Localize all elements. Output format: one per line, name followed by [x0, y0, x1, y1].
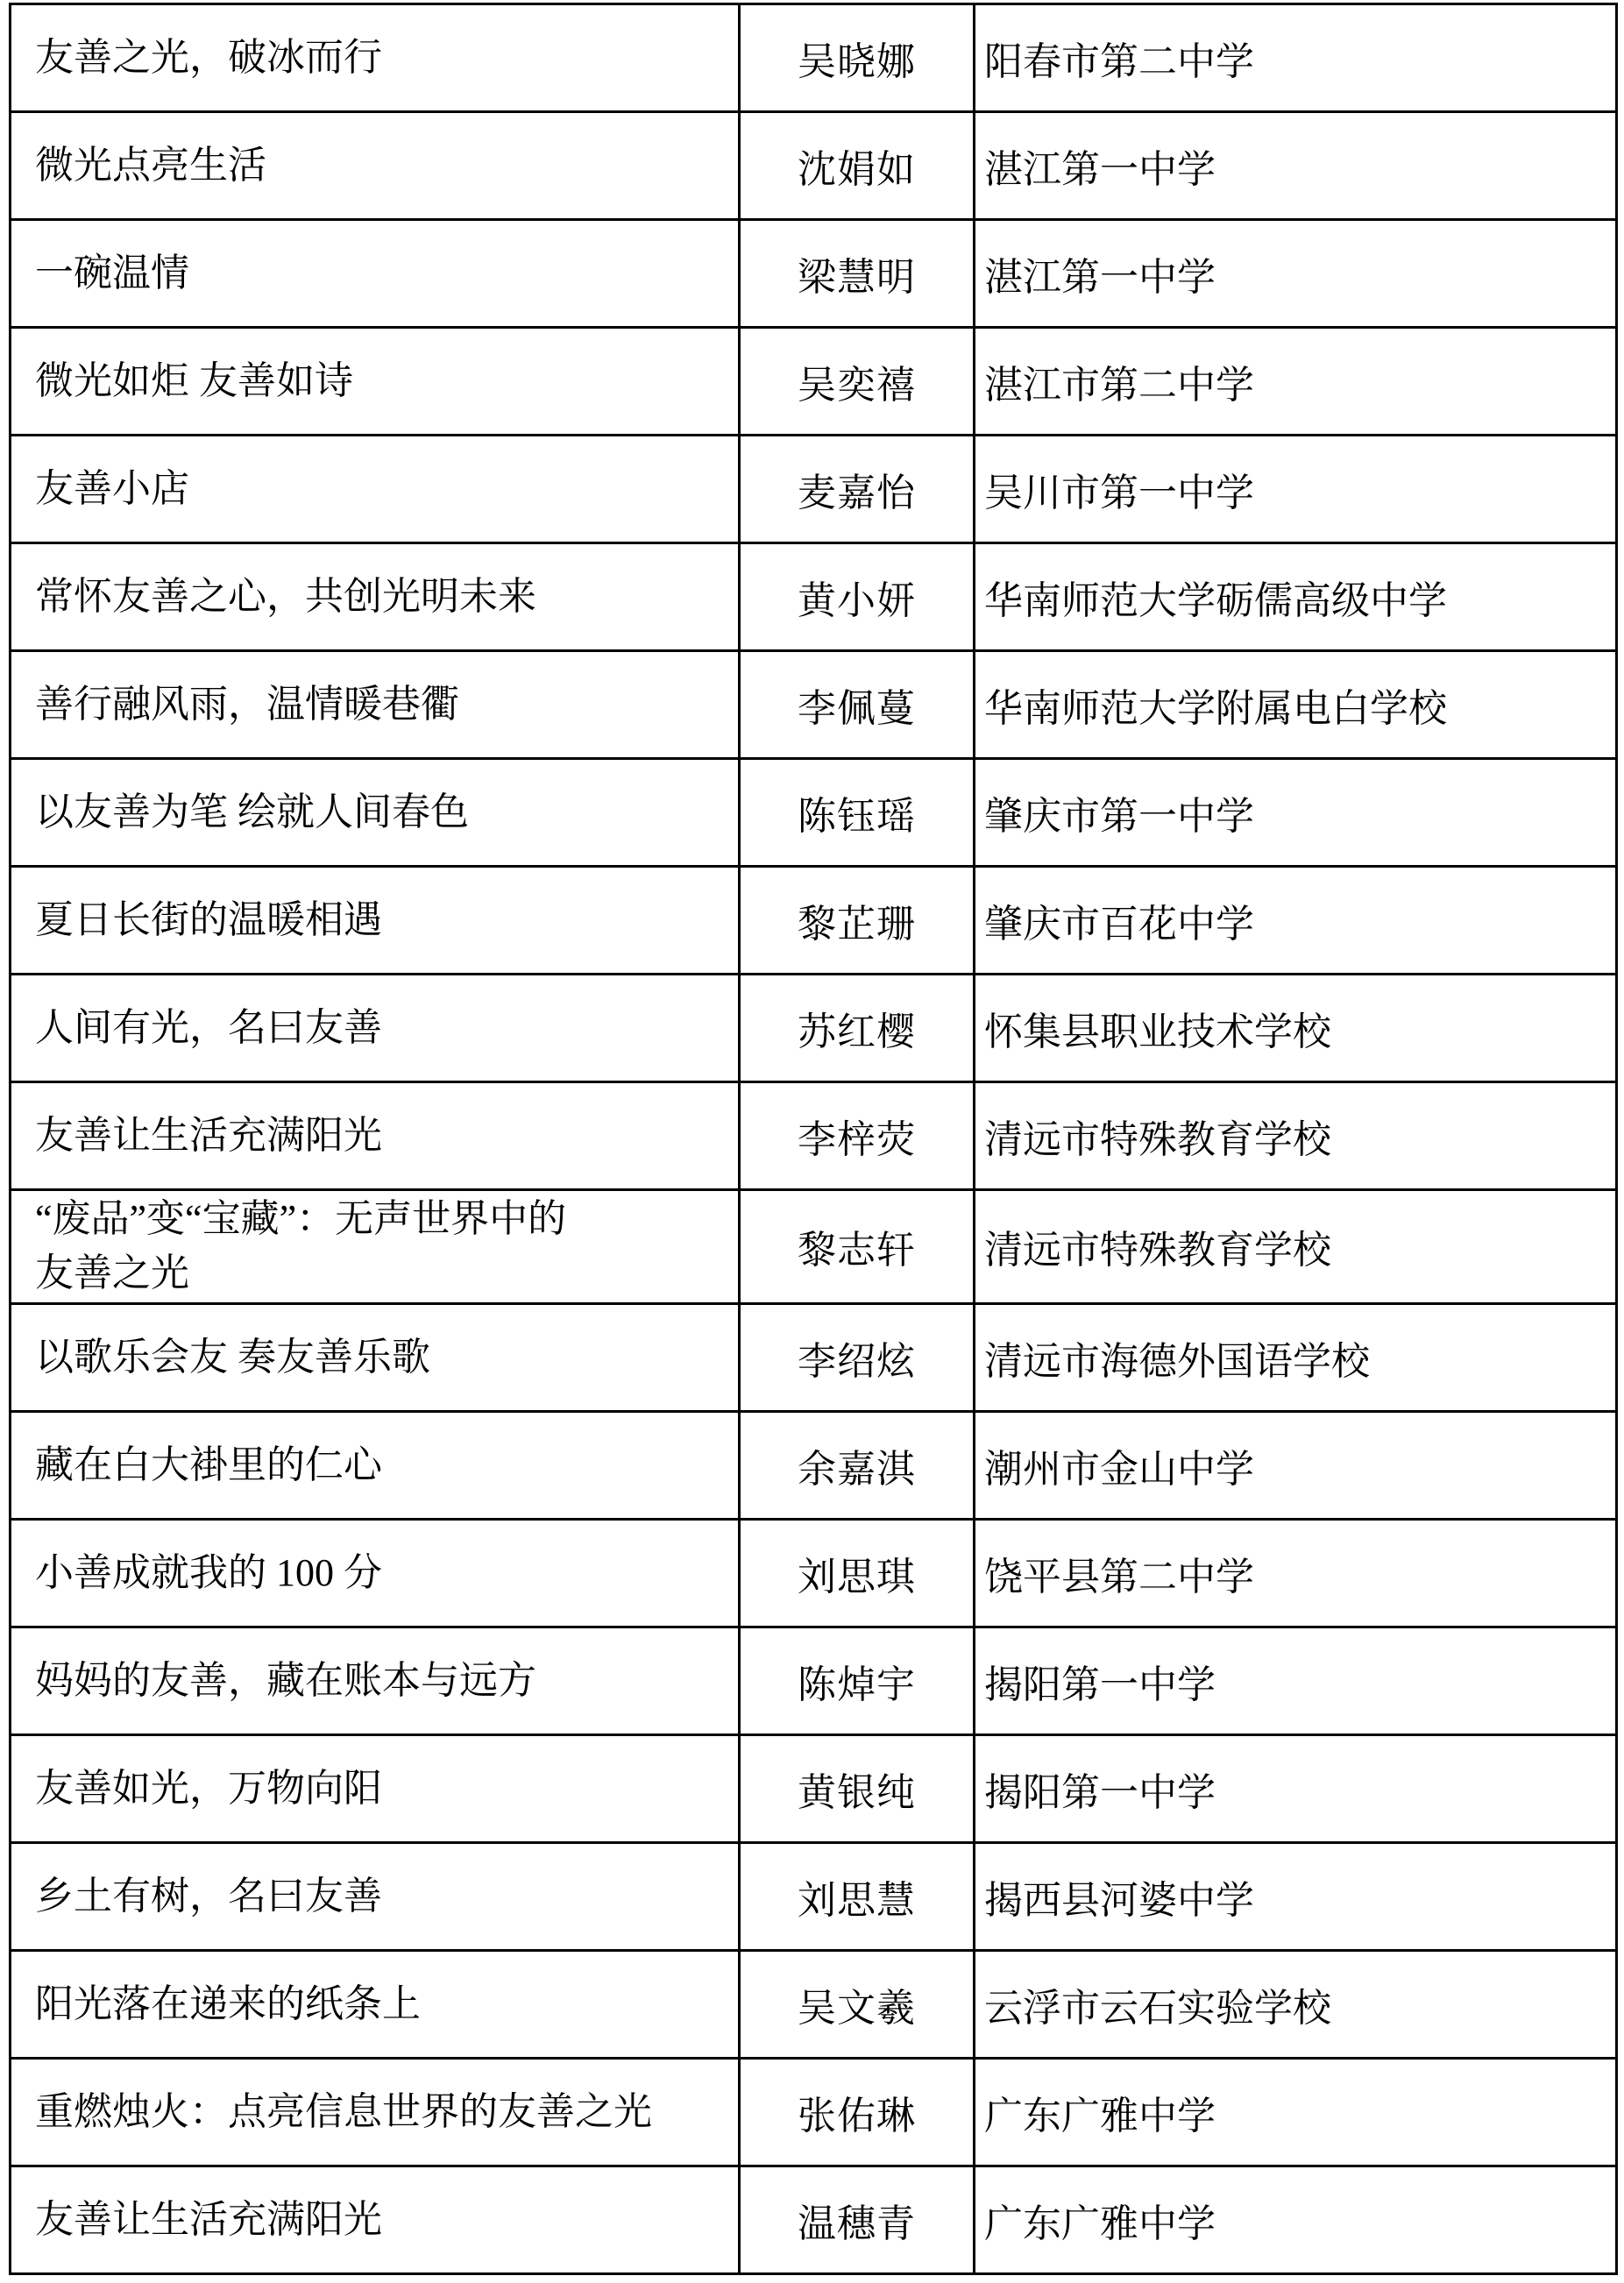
table-row: 善行融风雨，温情暖巷衢 李佩蔓 华南师范大学附属电白学校	[11, 651, 1617, 759]
school-name-cell: 揭阳第一中学	[975, 1627, 1617, 1734]
table-row: 友善如光，万物向阳 黄银纯 揭阳第一中学	[11, 1734, 1617, 1842]
author-name-cell: 吴文羲	[740, 1950, 975, 2058]
author-name-cell: 李梓荧	[740, 1082, 975, 1190]
author-name-cell: 陈焯宇	[740, 1627, 975, 1734]
author-name-cell: 张佑琳	[740, 2058, 975, 2166]
table-row: 重燃烛火：点亮信息世界的友善之光 张佑琳 广东广雅中学	[11, 2058, 1617, 2166]
school-name-cell: 清远市海德外国语学校	[975, 1303, 1617, 1411]
table-row: 以友善为笔 绘就人间春色 陈钰瑶 肇庆市第一中学	[11, 759, 1617, 867]
essay-title-cell: 小善成就我的 100 分	[11, 1519, 740, 1627]
essay-title-cell: 以友善为笔 绘就人间春色	[11, 759, 740, 867]
essay-title-cell: 善行融风雨，温情暖巷衢	[11, 651, 740, 759]
school-name-cell: 怀集县职业技术学校	[975, 975, 1617, 1082]
table-row: 友善小店 麦嘉怡 吴川市第一中学	[11, 436, 1617, 543]
school-name-cell: 华南师范大学砺儒高级中学	[975, 543, 1617, 651]
school-name-cell: 揭阳第一中学	[975, 1734, 1617, 1842]
essay-title-cell: 微光点亮生活	[11, 112, 740, 220]
table-row: 友善之光，破冰而行 吴晓娜 阳春市第二中学	[11, 4, 1617, 112]
school-name-cell: 肇庆市第一中学	[975, 759, 1617, 867]
table-row: “废品”变“宝藏”：无声世界中的 友善之光 黎志轩 清远市特殊教育学校	[11, 1190, 1617, 1304]
author-name-cell: 沈娟如	[740, 112, 975, 220]
school-name-cell: 广东广雅中学	[975, 2058, 1617, 2166]
essay-title-cell: 人间有光，名曰友善	[11, 975, 740, 1082]
author-name-cell: 刘思慧	[740, 1842, 975, 1950]
table-row: 妈妈的友善，藏在账本与远方 陈焯宇 揭阳第一中学	[11, 1627, 1617, 1734]
table-row: 一碗温情 梁慧明 湛江第一中学	[11, 220, 1617, 328]
table-row: 友善让生活充满阳光 温穗青 广东广雅中学	[11, 2166, 1617, 2273]
essay-title-cell: 以歌乐会友 奏友善乐歌	[11, 1303, 740, 1411]
essay-title-cell: 乡土有树，名曰友善	[11, 1842, 740, 1950]
author-name-cell: 苏红樱	[740, 975, 975, 1082]
school-name-cell: 广东广雅中学	[975, 2166, 1617, 2273]
table-row: 常怀友善之心，共创光明未来 黄小妍 华南师范大学砺儒高级中学	[11, 543, 1617, 651]
author-name-cell: 温穗青	[740, 2166, 975, 2273]
table-row: 藏在白大褂里的仁心 余嘉淇 潮州市金山中学	[11, 1411, 1617, 1519]
school-name-cell: 阳春市第二中学	[975, 4, 1617, 112]
author-name-cell: 陈钰瑶	[740, 759, 975, 867]
essay-title-cell: 重燃烛火：点亮信息世界的友善之光	[11, 2058, 740, 2166]
essay-title-cell: 友善小店	[11, 436, 740, 543]
table-row: 以歌乐会友 奏友善乐歌 李绍炫 清远市海德外国语学校	[11, 1303, 1617, 1411]
school-name-cell: 肇庆市百花中学	[975, 867, 1617, 975]
essay-title-cell: 微光如炬 友善如诗	[11, 328, 740, 436]
table-row: 乡土有树，名曰友善 刘思慧 揭西县河婆中学	[11, 1842, 1617, 1950]
school-name-cell: 饶平县第二中学	[975, 1519, 1617, 1627]
school-name-cell: 云浮市云石实验学校	[975, 1950, 1617, 2058]
school-name-cell: 潮州市金山中学	[975, 1411, 1617, 1519]
table-row: 微光点亮生活 沈娟如 湛江第一中学	[11, 112, 1617, 220]
table-body: 友善之光，破冰而行 吴晓娜 阳春市第二中学 微光点亮生活 沈娟如 湛江第一中学 …	[11, 4, 1617, 2274]
author-name-cell: 李绍炫	[740, 1303, 975, 1411]
essay-title-cell: 夏日长街的温暖相遇	[11, 867, 740, 975]
school-name-cell: 湛江第一中学	[975, 112, 1617, 220]
essay-title-cell: 阳光落在递来的纸条上	[11, 1950, 740, 2058]
author-name-cell: 黎芷珊	[740, 867, 975, 975]
table-row: 微光如炬 友善如诗 吴奕禧 湛江市第二中学	[11, 328, 1617, 436]
essay-title-cell: 友善如光，万物向阳	[11, 1734, 740, 1842]
school-name-cell: 华南师范大学附属电白学校	[975, 651, 1617, 759]
essay-title-cell: 藏在白大褂里的仁心	[11, 1411, 740, 1519]
school-name-cell: 揭西县河婆中学	[975, 1842, 1617, 1950]
author-name-cell: 黄小妍	[740, 543, 975, 651]
school-name-cell: 清远市特殊教育学校	[975, 1082, 1617, 1190]
table-row: 友善让生活充满阳光 李梓荧 清远市特殊教育学校	[11, 1082, 1617, 1190]
author-name-cell: 刘思琪	[740, 1519, 975, 1627]
table-row: 阳光落在递来的纸条上 吴文羲 云浮市云石实验学校	[11, 1950, 1617, 2058]
author-name-cell: 余嘉淇	[740, 1411, 975, 1519]
table-row: 夏日长街的温暖相遇 黎芷珊 肇庆市百花中学	[11, 867, 1617, 975]
essay-title-cell: 友善之光，破冰而行	[11, 4, 740, 112]
awards-table: 友善之光，破冰而行 吴晓娜 阳春市第二中学 微光点亮生活 沈娟如 湛江第一中学 …	[9, 3, 1618, 2275]
table-row: 人间有光，名曰友善 苏红樱 怀集县职业技术学校	[11, 975, 1617, 1082]
school-name-cell: 湛江市第二中学	[975, 328, 1617, 436]
author-name-cell: 吴晓娜	[740, 4, 975, 112]
author-name-cell: 黄银纯	[740, 1734, 975, 1842]
essay-title-cell: 常怀友善之心，共创光明未来	[11, 543, 740, 651]
school-name-cell: 湛江第一中学	[975, 220, 1617, 328]
author-name-cell: 梁慧明	[740, 220, 975, 328]
author-name-cell: 麦嘉怡	[740, 436, 975, 543]
essay-title-cell: 友善让生活充满阳光	[11, 2166, 740, 2273]
essay-title-cell: 友善让生活充满阳光	[11, 1082, 740, 1190]
school-name-cell: 清远市特殊教育学校	[975, 1190, 1617, 1304]
table-row: 小善成就我的 100 分 刘思琪 饶平县第二中学	[11, 1519, 1617, 1627]
essay-title-cell: 一碗温情	[11, 220, 740, 328]
author-name-cell: 李佩蔓	[740, 651, 975, 759]
school-name-cell: 吴川市第一中学	[975, 436, 1617, 543]
essay-title-cell: 妈妈的友善，藏在账本与远方	[11, 1627, 740, 1734]
author-name-cell: 吴奕禧	[740, 328, 975, 436]
author-name-cell: 黎志轩	[740, 1190, 975, 1304]
essay-title-cell: “废品”变“宝藏”：无声世界中的 友善之光	[11, 1190, 740, 1304]
